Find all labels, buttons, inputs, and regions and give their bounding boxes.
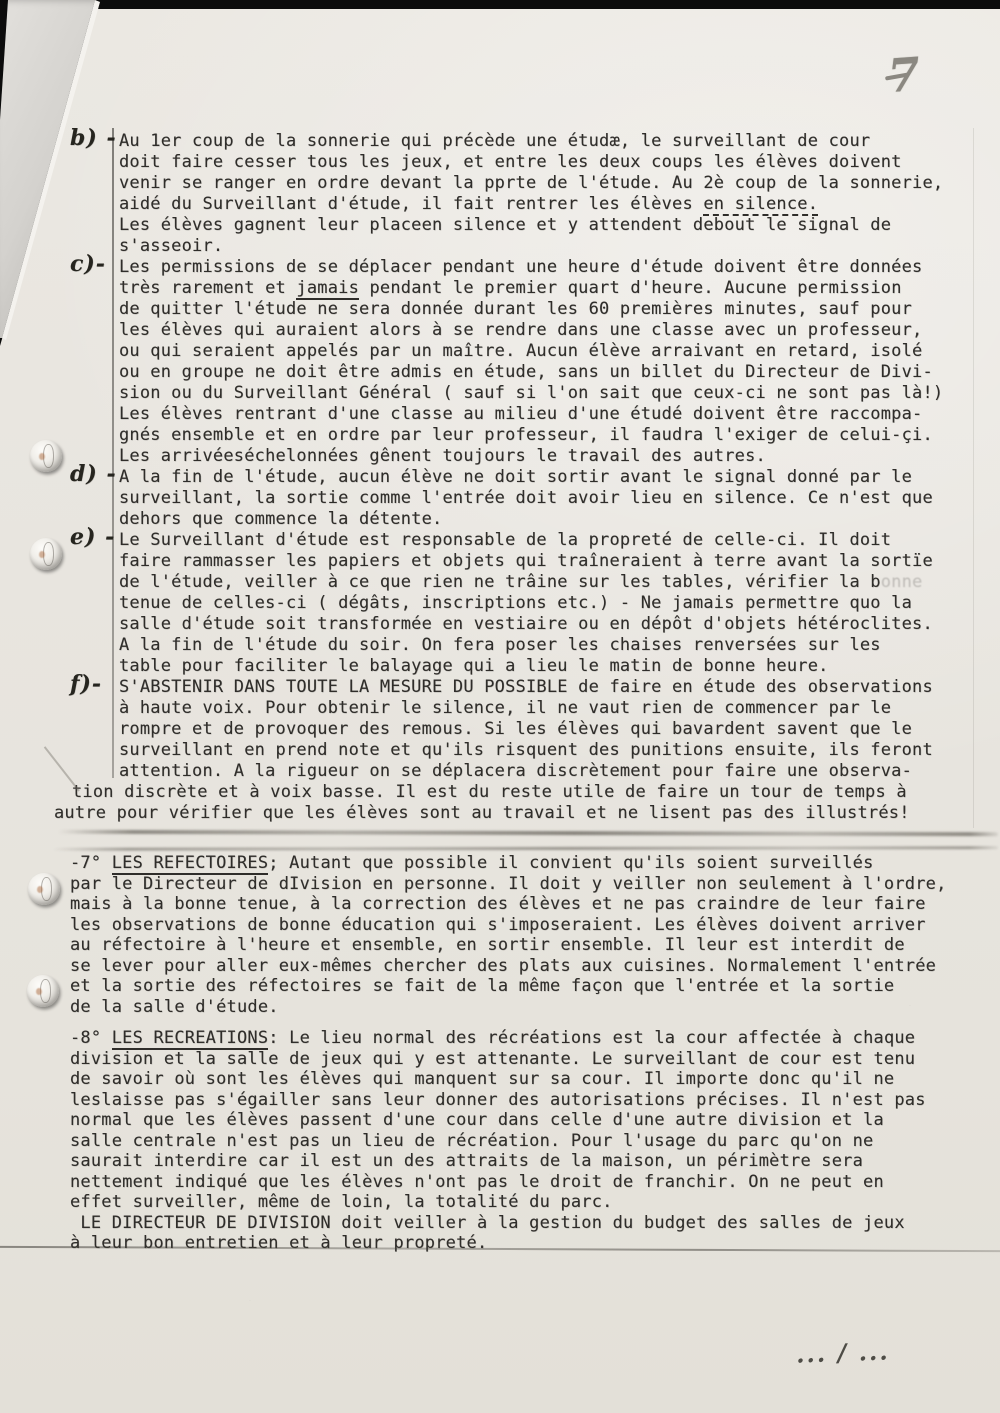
typed-line: ou en groupe ne doit être admis en étude… — [119, 362, 987, 383]
numbered-sections-block: -7° LES REFECTOIRES; Autant que possible… — [70, 853, 985, 1254]
typed-line: les élèves qui auraient alors à se rendr… — [119, 320, 987, 341]
typed-line: LE DIRECTEUR DE DIVISION doit veiller à … — [70, 1213, 985, 1234]
typed-line: attention. A la rigueur on se déplacera … — [119, 761, 987, 782]
typed-line: surveillant, la sortie comme l'entrée do… — [119, 488, 987, 509]
typed-line: Les arrivéeséchelonnées gênent toujours … — [119, 446, 987, 467]
typed-line: -8° LES RECREATIONS: Le lieu normal des … — [70, 1028, 985, 1049]
typed-line: -7° LES REFECTOIRES; Autant que possible… — [70, 853, 985, 874]
typed-line: tenue de celles-ci ( dégâts, inscription… — [119, 593, 987, 614]
typed-line: A la fin de l'étude du soir. On fera pos… — [119, 635, 987, 656]
typed-line: dehors que commence la détente. — [119, 509, 987, 530]
section-7: -7° LES REFECTOIRES; Autant que possible… — [70, 853, 985, 1017]
section-e: e) -Le Surveillant d'étude est responsab… — [119, 530, 987, 677]
typed-line: les observations de bonne éducation qui … — [70, 915, 985, 936]
typed-line: ou qui seraient appelés par un maître. A… — [119, 341, 987, 362]
typed-line: tion discrète et à voix basse. Il est du… — [72, 782, 907, 803]
typed-line: salle d'étude soit transformée en vestia… — [119, 614, 987, 635]
section-b: b) -Au 1er coup de la sonnerie qui précè… — [119, 131, 987, 257]
typed-line: mais à la bonne tenue, à la correction d… — [70, 894, 985, 915]
typed-line: Les permissions de se déplacer pendant u… — [119, 257, 987, 278]
margin-label-c: c)- — [70, 254, 116, 275]
typed-line: de quitter l'étude ne sera donnée durant… — [119, 299, 987, 320]
margin-label-e: e) - — [70, 527, 116, 548]
typed-line: Le Surveillant d'étude est responsable d… — [119, 530, 987, 551]
lettered-sections-block: b) -Au 1er coup de la sonnerie qui précè… — [119, 131, 987, 782]
paper-fastener-icon — [28, 873, 60, 905]
paper-fastener-icon — [27, 975, 59, 1007]
typed-line: normal que les élèves passent d'une cour… — [70, 1110, 985, 1131]
typed-line: faire rammasser les papiers et objets qu… — [119, 551, 987, 572]
typed-line: Les élèves gagnent leur placeen silence … — [119, 215, 987, 236]
section-f: f)-S'ABSTENIR DANS TOUTE LA MESURE DU PO… — [119, 677, 987, 782]
typed-line: à haute voix. Pour obtenir le silence, i… — [119, 698, 987, 719]
typed-line: autre pour vérifier que les élèves sont … — [54, 803, 910, 824]
typed-line: rompre et de provoquer des remous. Si le… — [119, 719, 987, 740]
continuation-mark: ... / ... — [796, 1336, 891, 1368]
typed-line: et la sortie des réfectoires se fait de … — [70, 976, 985, 997]
scanner-background: 7 b) -Au 1er coup de la sonnerie qui pré… — [0, 0, 1000, 1413]
section-c: c)-Les permissions de se déplacer pendan… — [119, 257, 987, 467]
typed-line: A la fin de l'étude, aucun élève ne doit… — [119, 467, 987, 488]
typed-line: s'asseoir. — [119, 236, 987, 257]
typed-line: effet surveiller, même de loin, la total… — [70, 1192, 985, 1213]
typed-line: sion ou du Surveillant Général ( sauf si… — [119, 383, 987, 404]
typed-line: doit faire cesser tous les jeux, et entr… — [119, 152, 987, 173]
scan-top-band — [0, 0, 1000, 9]
typed-line: gnés ensemble et en ordre par leur profe… — [119, 425, 987, 446]
margin-label-d: d) - — [70, 464, 116, 485]
typed-line: venir se ranger en ordre devant la pprte… — [119, 173, 987, 194]
typed-line: de la salle d'étude. — [70, 997, 985, 1018]
typed-line: table pour faciliter le balayage qui a l… — [119, 656, 987, 677]
margin-label-b: b) - — [70, 128, 116, 149]
typed-line: Les élèves rentrant d'une classe au mili… — [119, 404, 987, 425]
typed-line: par le Directeur de dIvision en personne… — [70, 874, 985, 895]
typed-line: salle centrale n'est pas un lieu de récr… — [70, 1131, 985, 1152]
typed-line: aidé du Surveillant d'étude, il fait ren… — [119, 194, 987, 215]
margin-label-f: f)- — [70, 674, 116, 695]
typed-line: saurait interdire car il est un des attr… — [70, 1151, 985, 1172]
typed-line: Au 1er coup de la sonnerie qui précède u… — [119, 131, 987, 152]
page-number: 7 — [886, 47, 922, 103]
paper-fastener-icon — [30, 440, 62, 472]
typed-line: au réfectoire à l'heure et ensemble, en … — [70, 935, 985, 956]
typed-line: se lever pour aller eux-mêmes chercher d… — [70, 956, 985, 977]
typed-line: de savoir où sont les élèves qui manquen… — [70, 1069, 985, 1090]
paper-fastener-icon — [30, 538, 62, 570]
typed-line: nettement indiqué que les élèves n'ont p… — [70, 1172, 985, 1193]
section-d: d) -A la fin de l'étude, aucun élève ne … — [119, 467, 987, 530]
typed-line: S'ABSTENIR DANS TOUTE LA MESURE DU POSSI… — [119, 677, 987, 698]
typed-line: surveillant en prend note et qu'ils risq… — [119, 740, 987, 761]
section-8: -8° LES RECREATIONS: Le lieu normal des … — [70, 1028, 985, 1254]
typed-line: leslaisse pas s'égailler sans leur donne… — [70, 1090, 985, 1111]
typed-line: division et la salle de jeux qui y est a… — [70, 1049, 985, 1070]
typed-line: très rarement et jamais pendant le premi… — [119, 278, 987, 299]
typed-line: de l'étude, veiller à ce que rien ne trâ… — [119, 572, 987, 593]
